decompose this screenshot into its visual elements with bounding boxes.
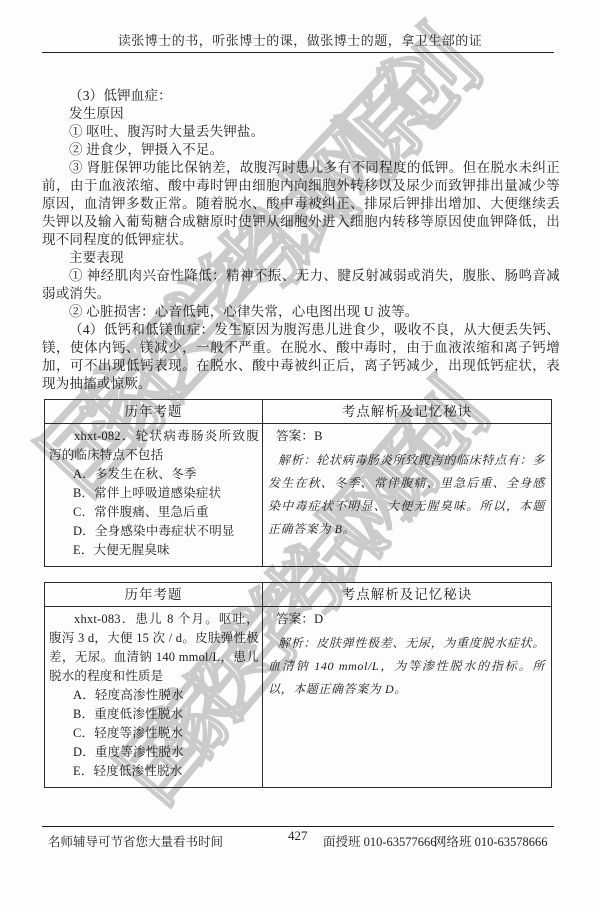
exam-table-2-header-analysis: 考点解析及记忆秘诀 [262,583,551,607]
exam-table-1-header-questions: 历年考题 [45,400,262,424]
paragraph-manifestation-2: ② 心脏损害：心音低钝，心律失常，心电图出现 U 波等。 [42,303,560,321]
option-d: D．全身感染中毒症状不明显 [73,522,259,541]
analysis-text: 解析：轮状病毒肠炎所致腹泻的临床特点有：多发生在秋、冬季、常伴腹痛、里急后重、全… [268,449,545,541]
page-number: 427 [288,828,308,844]
paragraph-cause-2: ② 进食少，钾摄入不足。 [42,141,560,159]
paragraph-cause-1: ① 呕吐、腹泻时大量丢失钾盐。 [42,123,560,141]
option-a: A．多发生在秋、冬季 [73,465,259,484]
exam-table-1: 历年考题 考点解析及记忆秘诀 xhxt-082．轮状病毒肠炎所致腹泻的临床特点不… [44,399,552,567]
option-b: B．重度低渗性脱水 [73,705,259,724]
exam-table-2-analysis-cell: 答案：D 解析：皮肤弹性极差、无尿，为重度脱水症状。血清钠 140 mmol/L… [262,607,551,787]
exam-table-2: 历年考题 考点解析及记忆秘诀 xhxt-083．患儿 8 个月。呕吐，腹泻 3 … [44,582,552,788]
exam-table-1-question-cell: xhxt-082．轮状病毒肠炎所致腹泻的临床特点不包括 A．多发生在秋、冬季 B… [45,424,262,566]
paragraph-manifestation-1: ① 神经肌肉兴奋性降低：精神不振、无力、腱反射减弱或消失，腹胀、肠鸣音减弱或消失… [42,267,560,303]
question-stem: xhxt-082．轮状病毒肠炎所致腹泻的临床特点不包括 [49,427,259,465]
exam-table-2-question-cell: xhxt-083．患儿 8 个月。呕吐，腹泻 3 d，大便 15 次 / d。皮… [45,607,262,787]
answer-text: 答案：B [268,427,545,446]
answer-text: 答案：D [268,610,545,629]
paragraph-manifestations-label: 主要表现 [42,249,560,267]
header-rule [42,52,554,53]
document-page: 国家医学考试网原创 国家医学考试网原创 读张博士的书，听张博士的课，做张博士的题… [0,0,600,912]
paragraph-hypocalcemia: （4）低钙和低镁血症：发生原因为腹泻患儿进食少，吸收不良，从大便丢失钙、镁，使体… [42,321,560,393]
footer-rule [42,826,554,827]
header-slogan: 读张博士的书，听张博士的课，做张博士的题，拿卫生部的证 [0,30,600,49]
option-e: E．轻度低渗性脱水 [73,762,259,781]
footer-tagline: 名师辅导可节省您大量看书时间 [48,832,223,850]
option-c: C．轻度等渗性脱水 [73,724,259,743]
option-e: E．大便无腥臭味 [73,541,259,560]
exam-table-1-header-analysis: 考点解析及记忆秘诀 [262,400,551,424]
question-options: A．轻度高渗性脱水 B．重度低渗性脱水 C．轻度等渗性脱水 D．重度等渗性脱水 … [73,686,259,781]
main-content: （3）低钾血症： 发生原因 ① 呕吐、腹泻时大量丢失钾盐。 ② 进食少，钾摄入不… [42,87,560,788]
footer-phone-onsite: 面授班 010-63577666 [323,832,437,850]
paragraph-hypokalemia-title: （3）低钾血症： [42,87,560,105]
paragraph-causes-label: 发生原因 [42,105,560,123]
footer-phone-online: 网络班 010-63578666 [434,832,548,850]
option-a: A．轻度高渗性脱水 [73,686,259,705]
analysis-text: 解析：皮肤弹性极差、无尿，为重度脱水症状。血清钠 140 mmol/L，为等渗性… [268,632,545,701]
option-d: D．重度等渗性脱水 [73,743,259,762]
question-options: A．多发生在秋、冬季 B．常伴上呼吸道感染症状 C．常伴腹痛、里急后重 D．全身… [73,465,259,560]
exam-table-1-analysis-cell: 答案：B 解析：轮状病毒肠炎所致腹泻的临床特点有：多发生在秋、冬季、常伴腹痛、里… [262,424,551,566]
exam-table-2-header-questions: 历年考题 [45,583,262,607]
option-b: B．常伴上呼吸道感染症状 [73,484,259,503]
paragraph-cause-3: ③ 肾脏保钾功能比保钠差，故腹泻时患儿多有不同程度的低钾。但在脱水未纠正前，由于… [42,159,560,249]
question-stem: xhxt-083．患儿 8 个月。呕吐，腹泻 3 d，大便 15 次 / d。皮… [49,610,259,686]
option-c: C．常伴腹痛、里急后重 [73,503,259,522]
